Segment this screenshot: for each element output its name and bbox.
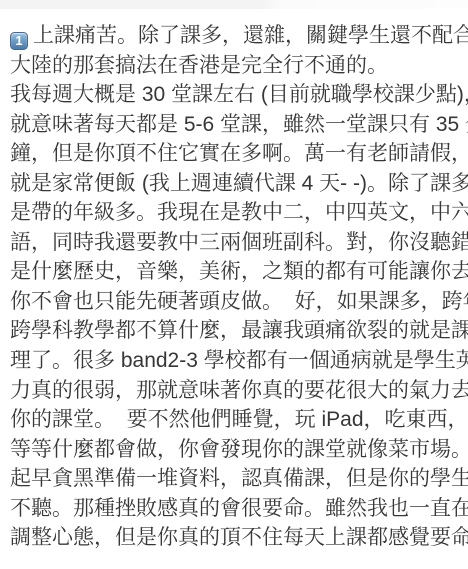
text-line: 我每週大概是 30 堂課左右 (目前就職學校課少點)，那 [10,80,462,110]
text-line: 是什麼歷史，音樂，美術，之類的都有可能讓你去教。 [10,257,462,287]
text-line: 跨學科教學都不算什麼，最讓我頭痛欲裂的就是課堂管 [10,316,462,346]
text-line: 不聽。那種挫敗感真的會很要命。雖然我也一直在慢慢 [10,494,462,524]
line-text: 上課痛苦。除了課多，還雜，關鍵學生還不配合。 [33,24,468,47]
text-line: 語，同時我還要教中三兩個班副科。對，你沒聽錯，就 [10,228,462,258]
text-line: 起早貪黑準備一堆資料，認真備課，但是你的學生完全 [10,464,462,494]
text-line: 就是家常便飯 (我上週連續代課 4 天- -)。除了課多，就 [10,169,462,199]
text-line: 1上課痛苦。除了課多，還雜，關鍵學生還不配合。 [10,21,462,51]
text-line: 你的課堂。 要不然他們睡覺，玩 iPad，吃東西，講話 [10,405,462,435]
text-line: 大陸的那套搞法在香港是完全行不通的。 [10,51,462,81]
text-line: 是帶的年級多。我現在是教中二，中四英文，中六口 [10,198,462,228]
text-line: 理了。很多 band2-3 學校都有一個通病就是學生英文能 [10,346,462,376]
text-line: 你不會也只能先硬著頭皮做。 好，如果課多，跨年級 [10,287,462,317]
keycap-one-icon: 1 [10,32,28,50]
post-body: 1上課痛苦。除了課多，還雜，關鍵學生還不配合。 大陸的那套搞法在香港是完全行不通… [0,0,468,553]
text-line: 鐘，但是你頂不住它實在多啊。萬一有老師請假，代課 [10,139,462,169]
text-line: 調整心態，但是你真的頂不住每天上課都感覺要命。 [10,523,462,553]
text-line: 力真的很弱，那就意味著你真的要花很大的氣力去管理 [10,376,462,406]
screenshot-root: { "post": { "badge": "1", "lines": [ "上課… [0,0,468,569]
text-line: 等等什麼都會做，你會發現你的課堂就像菜市場。 你 [10,435,462,465]
text-line: 就意味著每天都是 5-6 堂課，雖然一堂課只有 35 分 [10,110,462,140]
